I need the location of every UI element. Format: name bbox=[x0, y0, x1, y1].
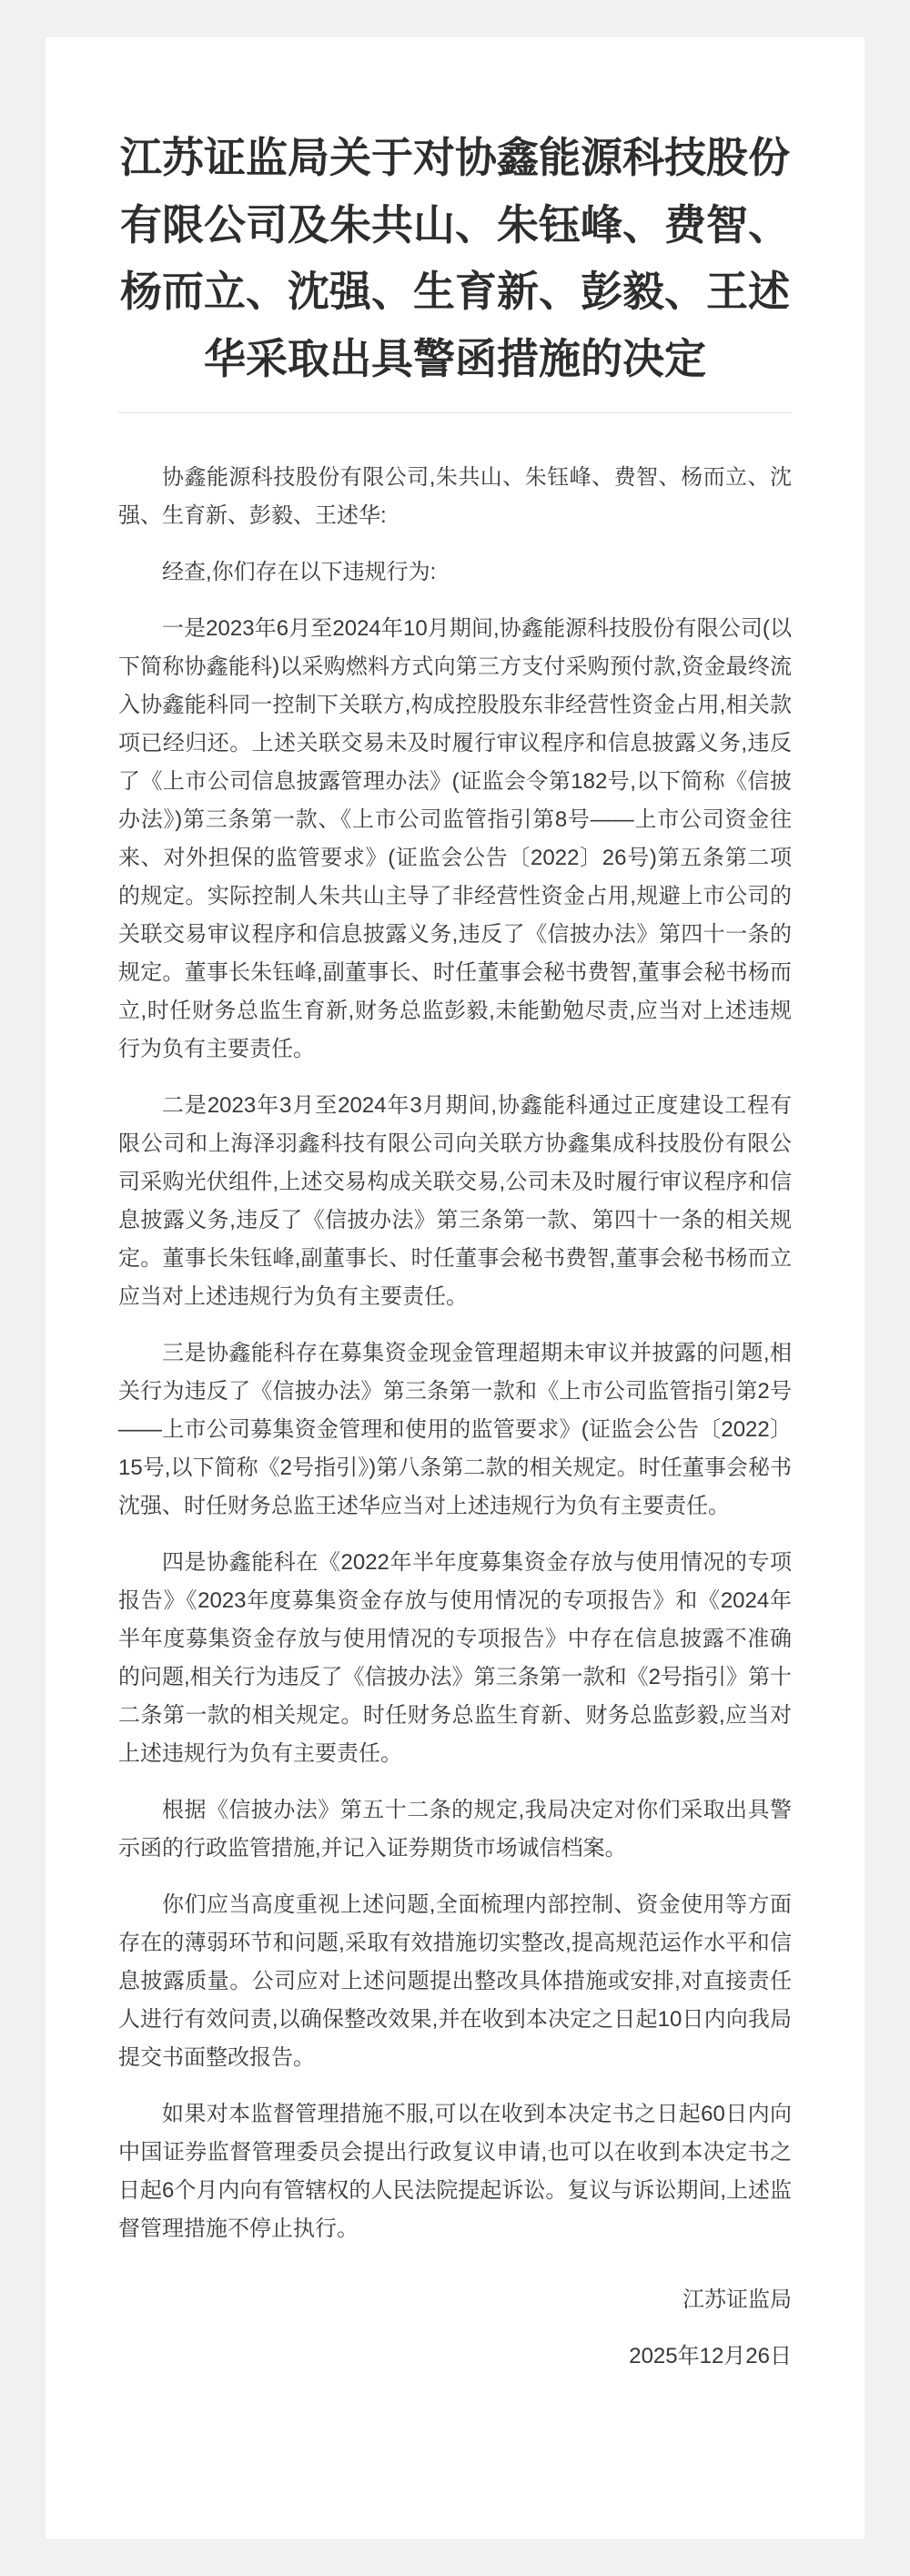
signature-date: 2025年12月26日 bbox=[118, 2338, 792, 2376]
paragraph-violation-3: 三是协鑫能科存在募集资金现金管理超期未审议并披露的问题,相关行为违反了《信披办法… bbox=[118, 1334, 792, 1526]
paragraph-rectification: 你们应当高度重视上述问题,全面梳理内部控制、资金使用等方面存在的薄弱环节和问题,… bbox=[118, 1886, 792, 2077]
page-background: 江苏证监局关于对协鑫能源科技股份有限公司及朱共山、朱钰峰、费智、杨而立、沈强、生… bbox=[0, 0, 910, 2576]
paragraph-decision: 根据《信披办法》第五十二条的规定,我局决定对你们采取出具警示函的行政监管措施,并… bbox=[118, 1791, 792, 1868]
paragraph-salutation: 协鑫能源科技股份有限公司,朱共山、朱钰峰、费智、杨而立、沈强、生育新、彭毅、王述… bbox=[118, 459, 792, 535]
paragraph-violation-2: 二是2023年3月至2024年3月期间,协鑫能科通过正度建设工程有限公司和上海泽… bbox=[118, 1087, 792, 1316]
paragraph-intro: 经查,你们存在以下违规行为: bbox=[118, 553, 792, 592]
paragraph-appeal: 如果对本监督管理措施不服,可以在收到本决定书之日起60日内向中国证券监督管理委员… bbox=[118, 2095, 792, 2248]
signature-block: 江苏证监局 2025年12月26日 bbox=[118, 2281, 792, 2376]
document-title: 江苏证监局关于对协鑫能源科技股份有限公司及朱共山、朱钰峰、费智、杨而立、沈强、生… bbox=[118, 125, 792, 392]
paragraph-violation-4: 四是协鑫能科在《2022年半年度募集资金存放与使用情况的专项报告》《2023年度… bbox=[118, 1544, 792, 1773]
paragraph-violation-1: 一是2023年6月至2024年10月期间,协鑫能源科技股份有限公司(以下简称协鑫… bbox=[118, 610, 792, 1069]
signature-issuer: 江苏证监局 bbox=[118, 2281, 792, 2319]
document-body: 协鑫能源科技股份有限公司,朱共山、朱钰峰、费智、杨而立、沈强、生育新、彭毅、王述… bbox=[118, 459, 792, 2248]
document-card: 江苏证监局关于对协鑫能源科技股份有限公司及朱共山、朱钰峰、费智、杨而立、沈强、生… bbox=[45, 37, 864, 2539]
title-divider bbox=[118, 412, 792, 413]
